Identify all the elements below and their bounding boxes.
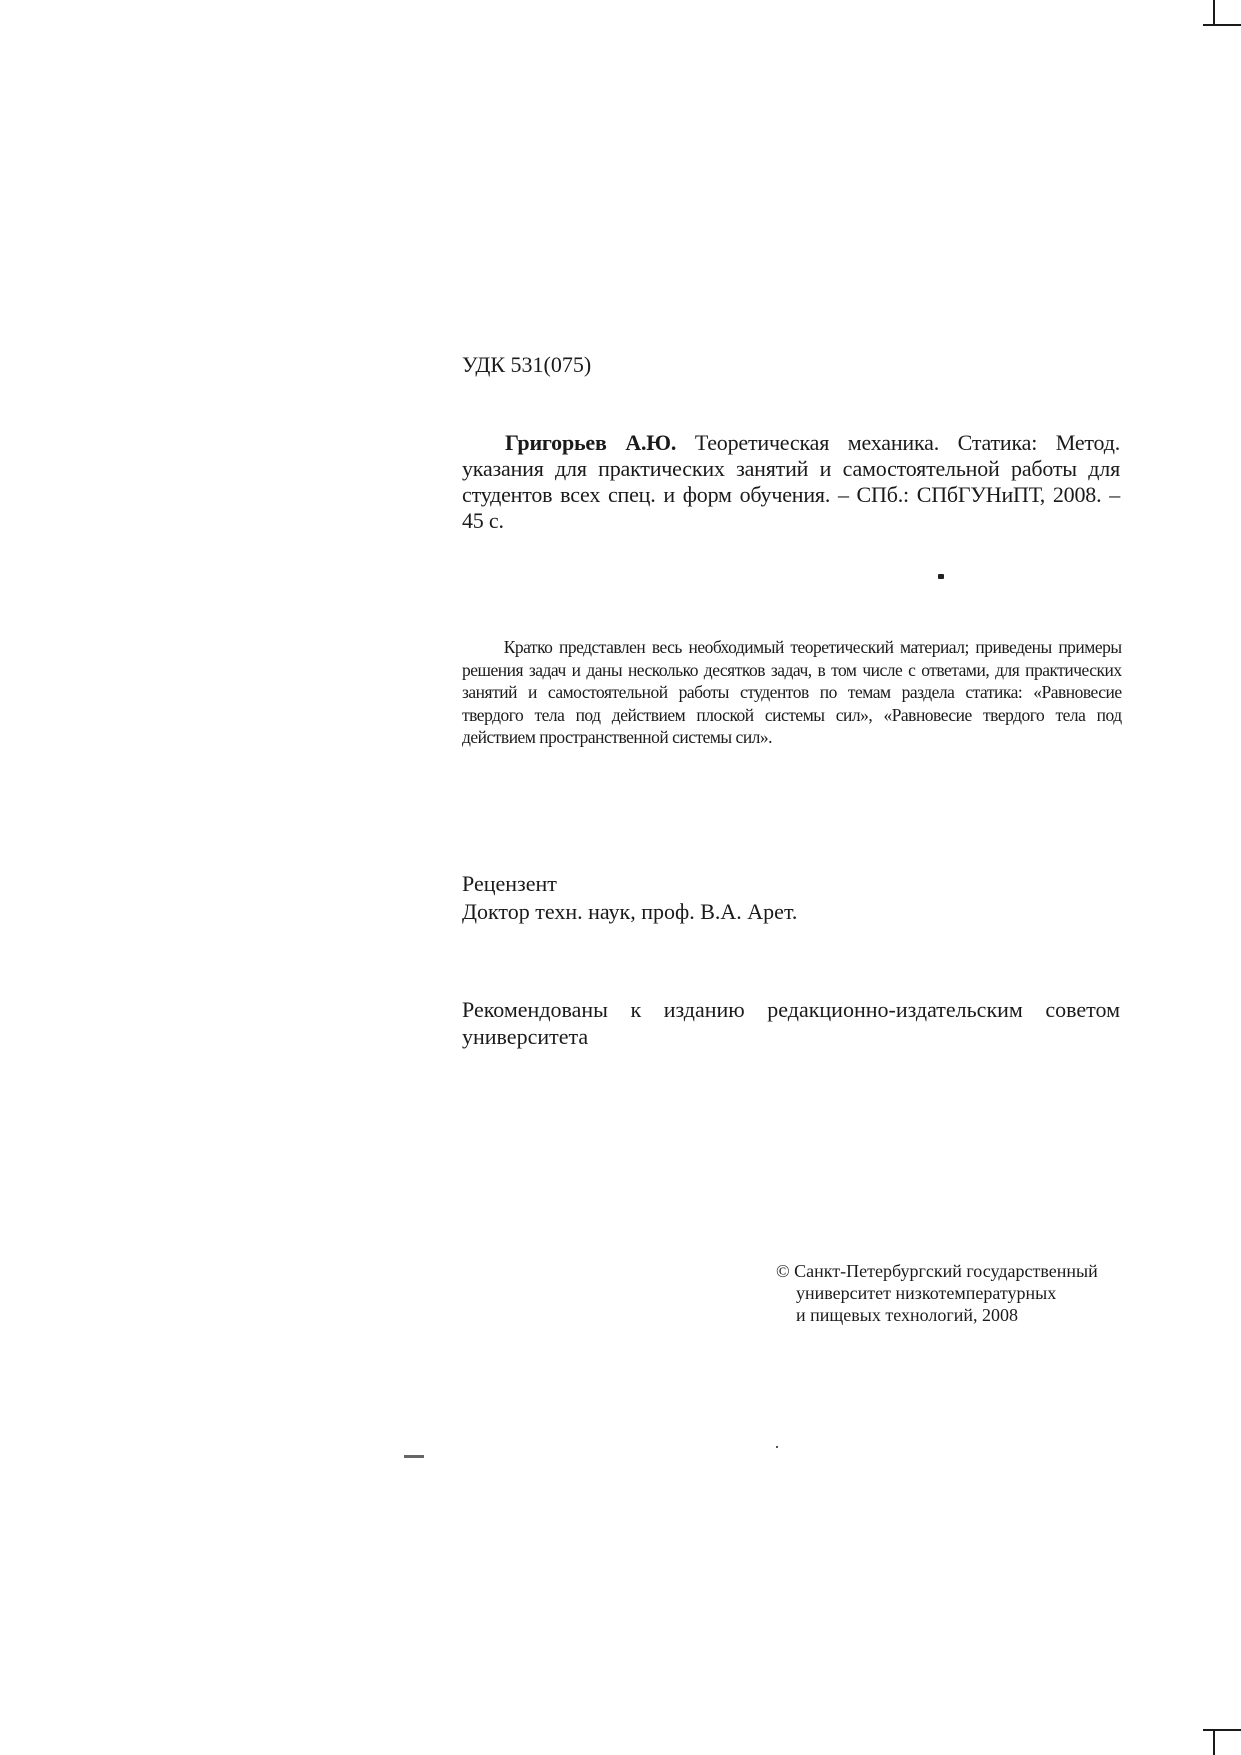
bibliographic-record: Григорьев А.Ю. Теоретическая механика. С… <box>462 430 1120 534</box>
reviewer-section: Рецензент Доктор техн. наук, проф. В.А. … <box>462 870 1120 926</box>
reviewer-label: Рецензент <box>462 870 1120 898</box>
publication-recommendation: Рекомендованы к изданию редакционно-изда… <box>462 996 1120 1050</box>
copyright-line-2: университет низкотемпературных <box>776 1282 1136 1304</box>
author-name: Григорьев А.Ю. <box>505 430 676 455</box>
reviewer-name: Доктор техн. наук, проф. В.А. Арет. <box>462 898 1120 926</box>
crop-mark-bottom-horizontal <box>1203 1729 1241 1731</box>
crop-mark-bottom-vertical <box>1213 1729 1215 1755</box>
scan-artifact <box>404 1455 424 1458</box>
scan-artifact <box>938 574 944 579</box>
abstract: Кратко представлен весь необходимый теор… <box>462 636 1122 749</box>
document-page: УДК 531(075) Григорьев А.Ю. Теоретическа… <box>0 0 1241 1755</box>
crop-mark-top-vertical <box>1213 0 1215 25</box>
crop-mark-top-horizontal <box>1203 24 1241 26</box>
copyright-notice: © Санкт-Петербургский государственный ун… <box>776 1260 1136 1326</box>
copyright-line-3: и пищевых технологий, 2008 <box>776 1304 1136 1326</box>
copyright-line-1: © Санкт-Петербургский государственный <box>776 1260 1136 1282</box>
abstract-text: Кратко представлен весь необходимый теор… <box>462 636 1122 749</box>
scan-artifact <box>776 1446 778 1448</box>
udk-code: УДК 531(075) <box>462 352 1120 378</box>
